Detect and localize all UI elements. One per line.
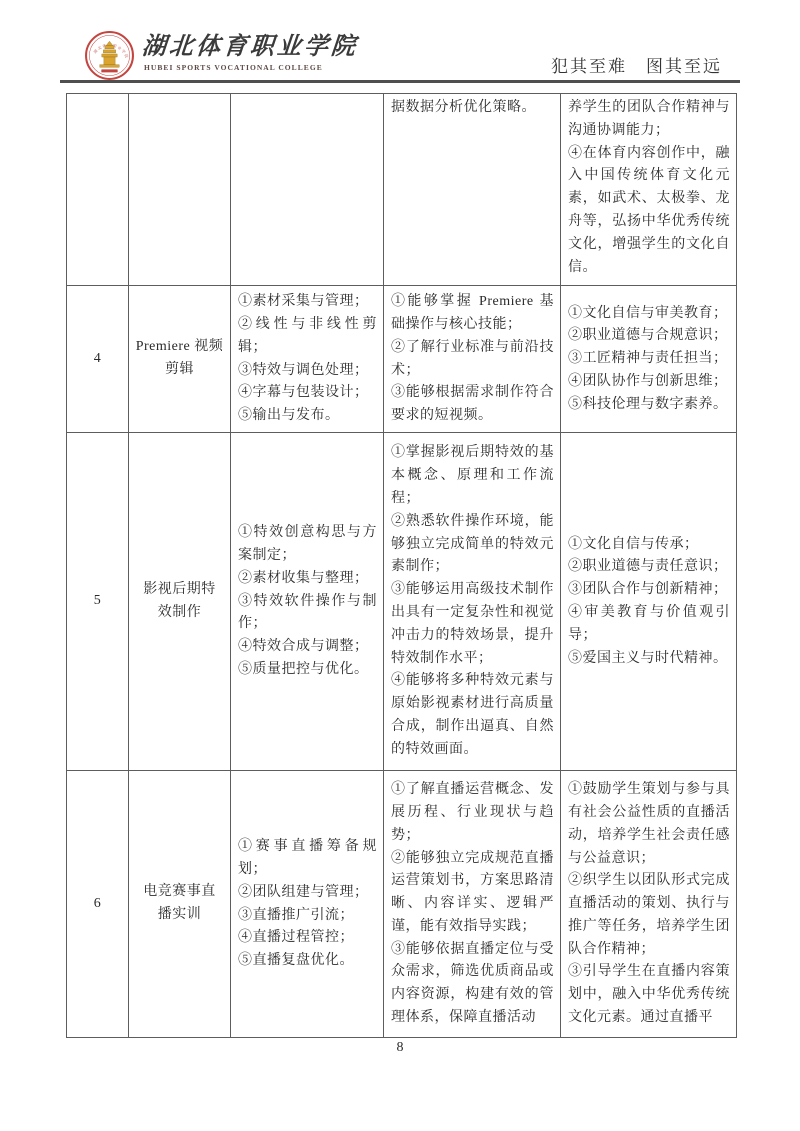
cell-course-objectives: ①了解直播运营概念、发展历程、行业现状与趋势； ②能够独立完成规范直播运营策划书… bbox=[384, 771, 561, 1038]
cell-course-no: 4 bbox=[67, 286, 129, 433]
college-emblem-icon: 湖北体育职业学院 bbox=[84, 30, 135, 81]
table-row: 据数据分析优化策略。 养学生的团队合作精神与沟通协调能力； ④在体育内容创作中，… bbox=[67, 94, 737, 286]
cell-course-objectives: ①能够掌握 Premiere 基础操作与核心技能； ②了解行业标准与前沿技术； … bbox=[384, 286, 561, 433]
cell-course-ideology: ①文化自信与传承； ②职业道德与责任意识； ③团队合作与创新精神； ④审美教育与… bbox=[561, 433, 737, 771]
cell-course-no: 5 bbox=[67, 433, 129, 771]
cell-course-content: ①素材采集与管理； ②线性与非线性剪辑； ③特效与调色处理； ④字幕与包装设计；… bbox=[231, 286, 384, 433]
cell-course-no: 6 bbox=[67, 771, 129, 1038]
college-name-zh: 湖北体育职业学院 bbox=[141, 34, 359, 60]
cell-course-objectives: 据数据分析优化策略。 bbox=[384, 94, 561, 286]
college-name-block: 湖北体育职业学院 HUBEI SPORTS VOCATIONAL COLLEGE bbox=[142, 30, 358, 72]
cell-course-objectives: ①掌握影视后期特效的基本概念、原理和工作流程； ②熟悉软件操作环境，能够独立完成… bbox=[384, 433, 561, 771]
header-divider bbox=[60, 80, 740, 83]
college-logo: 湖北体育职业学院 湖北体育职业学院 HUBEI SPORTS VOCATIONA… bbox=[84, 30, 358, 81]
college-motto: 犯其至难 图其至远 bbox=[551, 52, 722, 77]
cell-course-name: 电竞赛事直 播实训 bbox=[129, 771, 231, 1038]
cell-course-ideology: 养学生的团队合作精神与沟通协调能力； ④在体育内容创作中，融入中国传统体育文化元… bbox=[561, 94, 737, 286]
cell-course-content: ①特效创意构思与方案制定； ②素材收集与整理； ③特效软件操作与制作； ④特效合… bbox=[231, 433, 384, 771]
table-row: 5 影视后期特 效制作 ①特效创意构思与方案制定； ②素材收集与整理； ③特效软… bbox=[67, 433, 737, 771]
cell-course-no bbox=[67, 94, 129, 286]
cell-course-name: Premiere 视频 剪辑 bbox=[129, 286, 231, 433]
emblem-banner bbox=[101, 69, 117, 72]
cell-course-name bbox=[129, 94, 231, 286]
cell-course-content bbox=[231, 94, 384, 286]
table-row: 4 Premiere 视频 剪辑 ①素材采集与管理； ②线性与非线性剪辑； ③特… bbox=[67, 286, 737, 433]
college-name-en: HUBEI SPORTS VOCATIONAL COLLEGE bbox=[142, 63, 358, 72]
cell-course-ideology: ①鼓励学生策划与参与具有社会公益性质的直播活动，培养学生社会责任感与公益意识； … bbox=[561, 771, 737, 1038]
document-page: 湖北体育职业学院 湖北体育职业学院 HUBEI SPORTS VOCATIONA… bbox=[0, 0, 800, 1131]
course-table: 据数据分析优化策略。 养学生的团队合作精神与沟通协调能力； ④在体育内容创作中，… bbox=[66, 93, 737, 1038]
cell-course-content: ①赛事直播筹备规划； ②团队组建与管理； ③直播推广引流； ④直播过程管控； ⑤… bbox=[231, 771, 384, 1038]
cell-course-ideology: ①文化自信与审美教育； ②职业道德与合规意识； ③工匠精神与责任担当； ④团队协… bbox=[561, 286, 737, 433]
table-row: 6 电竞赛事直 播实训 ①赛事直播筹备规划； ②团队组建与管理； ③直播推广引流… bbox=[67, 771, 737, 1038]
page-number: 8 bbox=[0, 1040, 800, 1056]
cell-course-name: 影视后期特 效制作 bbox=[129, 433, 231, 771]
